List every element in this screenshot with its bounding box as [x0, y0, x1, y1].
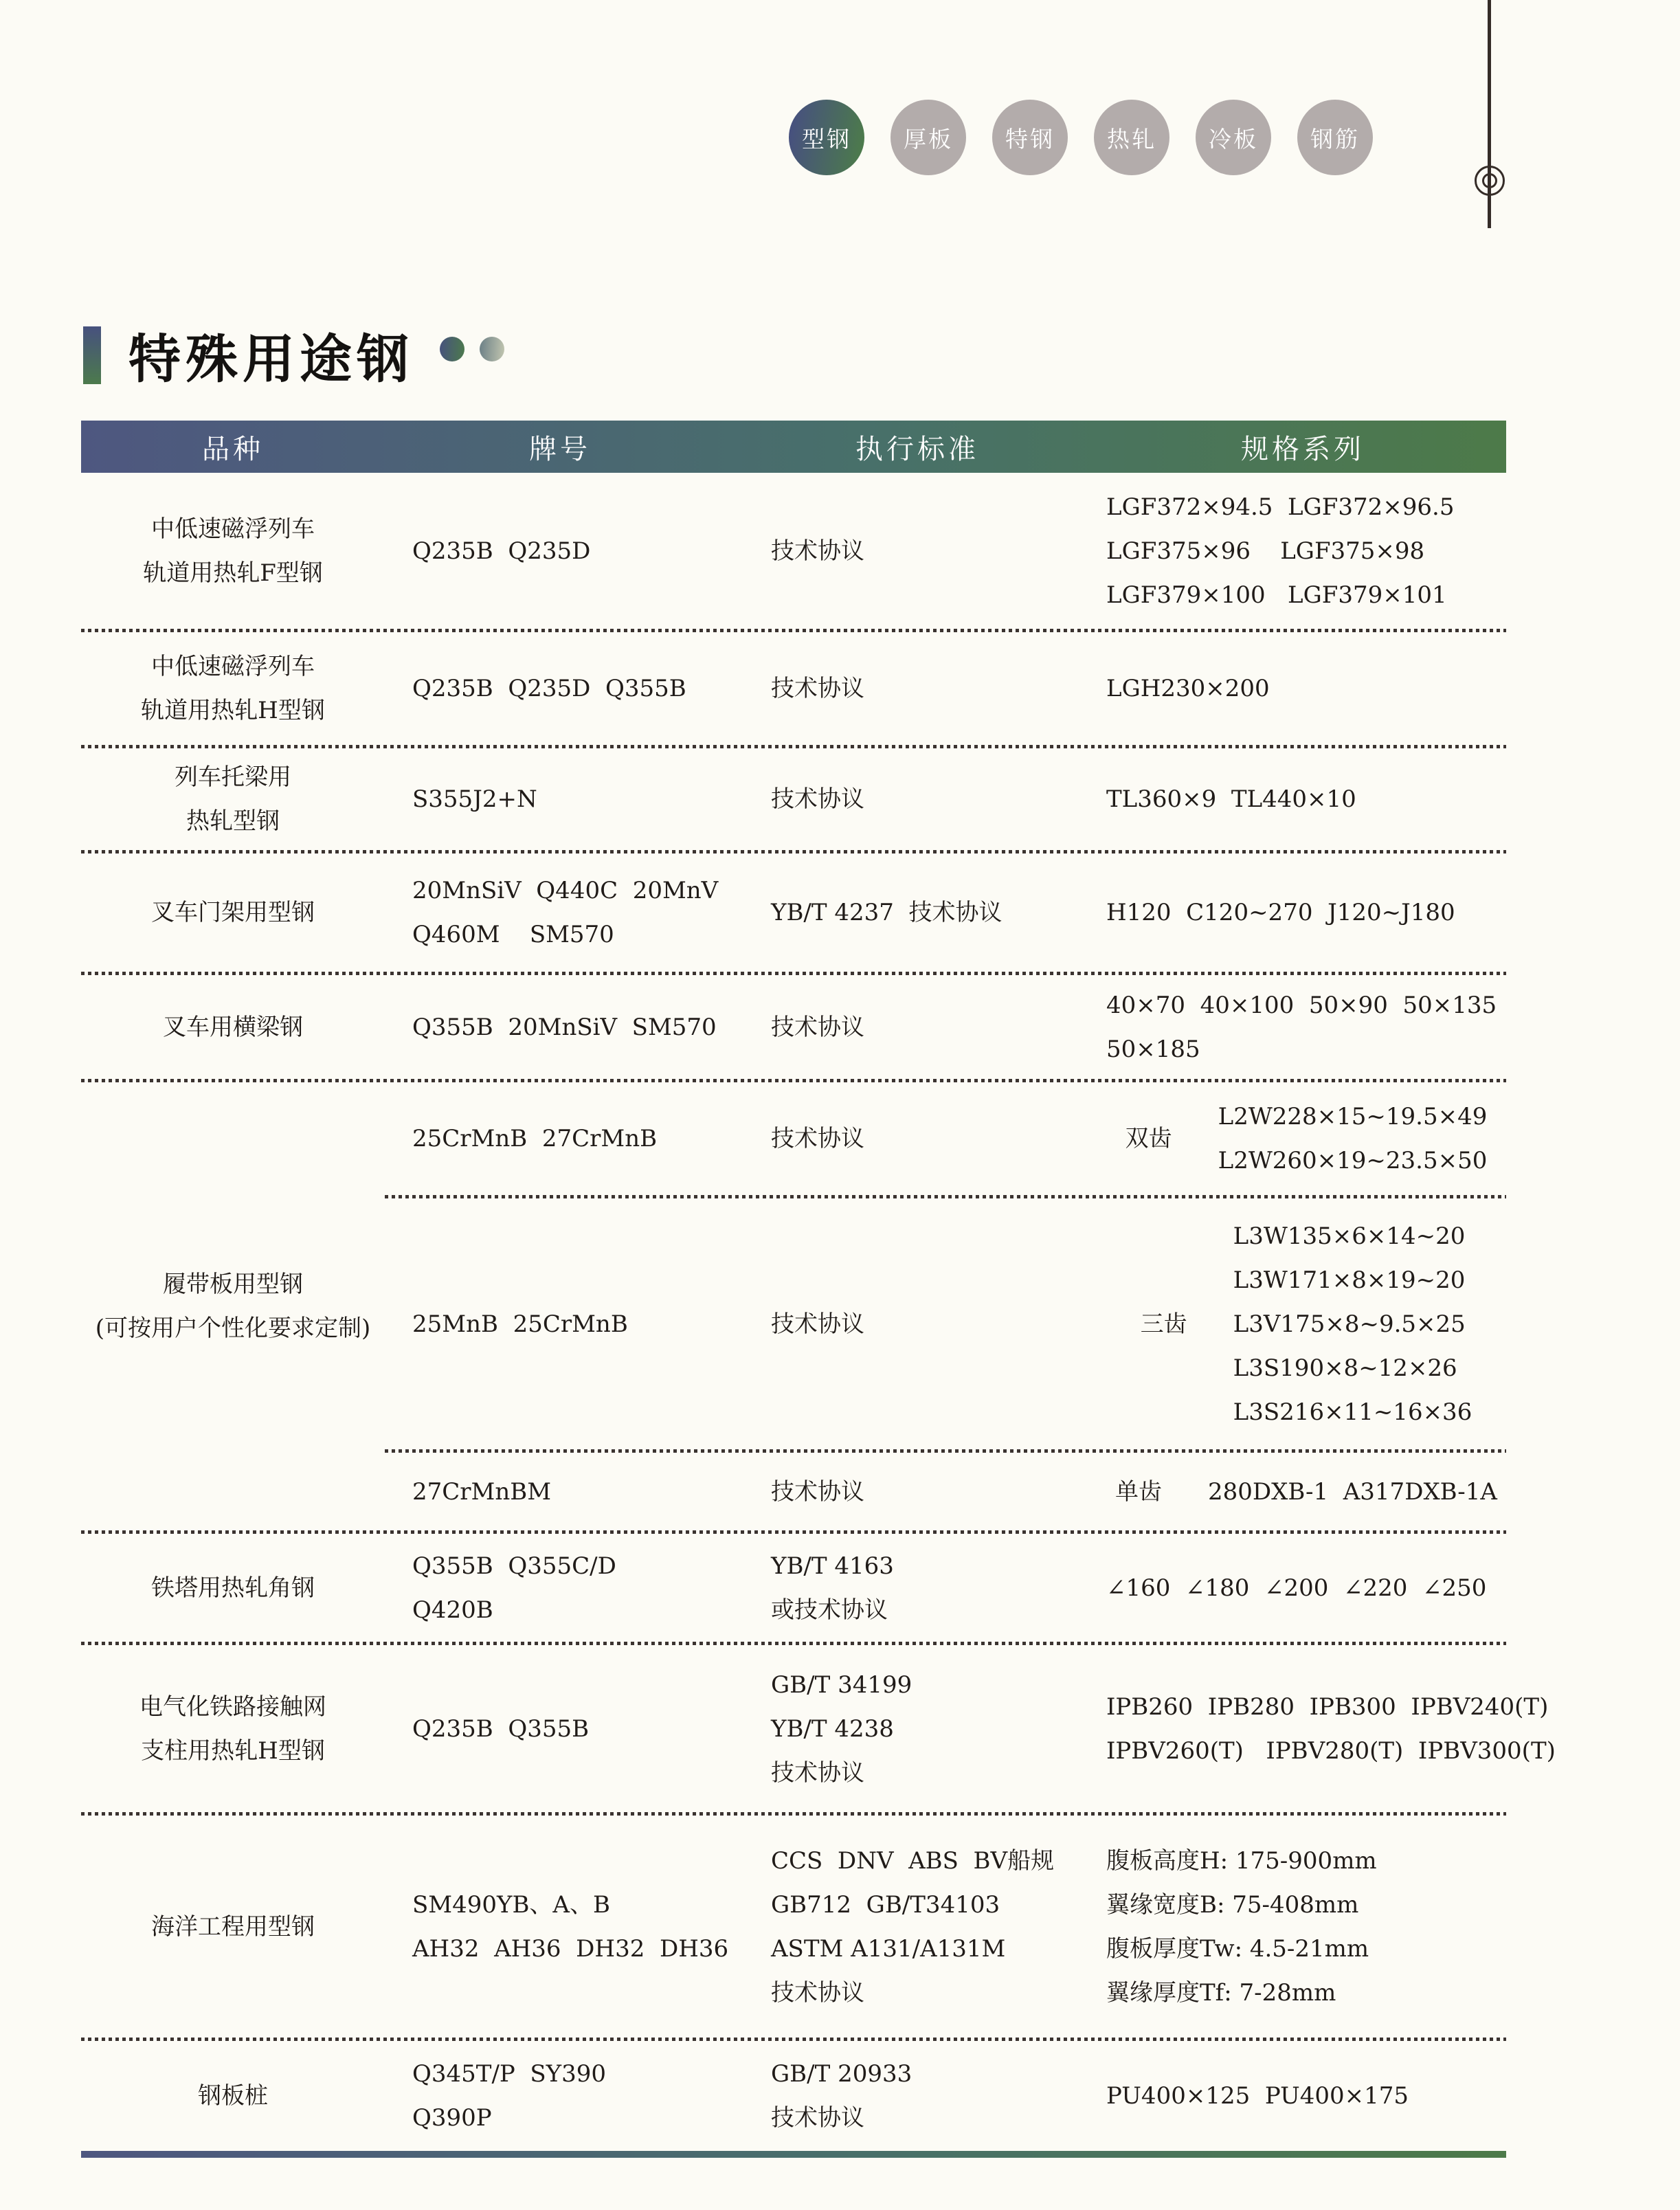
category-tabs: 型钢厚板特钢热轧冷板钢筋 [789, 100, 1373, 175]
spec-text: L3W171×8×19~20 [1233, 1258, 1472, 1302]
group-subrows: 25CrMnB 27CrMnB技术协议双齿L2W228×15~19.5×49L2… [385, 1082, 1506, 1530]
standard-cell: GB/T 20933技术协议 [735, 2041, 1099, 2151]
spec-text: 腹板高度H: 175-900mm [1106, 1839, 1506, 1883]
variety-text: 电气化铁路接触网 [139, 1685, 326, 1729]
spec-cell: IPB260 IPB280 IPB300 IPBV240(T)IPBV260(T… [1099, 1645, 1506, 1812]
title-dots [440, 337, 504, 361]
spec-text: LGF372×94.5 LGF372×96.5 [1106, 485, 1506, 529]
standard-text: 技术协议 [771, 1302, 1099, 1346]
table-row: 铁塔用热轧角钢Q355B Q355C/DQ420BYB/T 4163或技术协议∠… [81, 1534, 1506, 1642]
spec-table: 品种牌号执行标准规格系列中低速磁浮列车轨道用热轧F型钢Q235B Q235D技术… [81, 421, 1506, 2151]
variety-cell: 电气化铁路接触网支柱用热轧H型钢 [81, 1645, 385, 1812]
table-row: 列车托梁用热轧型钢S355J2+N技术协议TL360×9 TL440×10 [81, 748, 1506, 850]
standard-text: YB/T 4163 [771, 1544, 1099, 1588]
standard-text: 技术协议 [771, 1971, 1099, 2015]
standard-cell: YB/T 4163或技术协议 [735, 1534, 1099, 1642]
spec-text: TL360×9 TL440×10 [1106, 777, 1506, 821]
spec-lines: L2W228×15~19.5×49L2W260×19~23.5×50 [1218, 1095, 1488, 1183]
bottom-accent-bar [81, 2151, 1506, 2158]
standard-text: 技术协议 [771, 1751, 1099, 1795]
grade-text: Q235B Q235D [412, 529, 735, 573]
grade-cell: SM490YB、A、BAH32 AH36 DH32 DH36 [385, 1816, 735, 2038]
spec-lines: 280DXB-1 A317DXB-1A [1208, 1470, 1497, 1514]
spec-text: LGF375×96 LGF375×98 [1106, 529, 1506, 573]
standard-text: 技术协议 [771, 1005, 1099, 1049]
grade-text: Q235B Q355B [412, 1707, 735, 1751]
tooth-type-label: 单齿 [1115, 1470, 1208, 1514]
standard-cell: 技术协议 [735, 473, 1099, 629]
table-row: 电气化铁路接触网支柱用热轧H型钢Q235B Q355BGB/T 34199YB/… [81, 1645, 1506, 1812]
variety-cell: 列车托梁用热轧型钢 [81, 748, 385, 850]
standard-text: GB/T 34199 [771, 1663, 1099, 1707]
standard-text: 技术协议 [771, 1470, 1099, 1514]
spec-text: 280DXB-1 A317DXB-1A [1208, 1470, 1497, 1514]
variety-cell: 叉车门架用型钢 [81, 853, 385, 972]
tab-xinggang[interactable]: 型钢 [789, 100, 864, 175]
tab-tegang[interactable]: 特钢 [992, 100, 1068, 175]
spec-cell: 40×70 40×100 50×90 50×13550×185 [1099, 975, 1506, 1079]
standard-text: 技术协议 [771, 1117, 1099, 1161]
catalog-page: 型钢厚板特钢热轧冷板钢筋 特殊用途钢 品种牌号执行标准规格系列中低速磁浮列车轨道… [0, 0, 1680, 2210]
spec-text: L3S216×11~16×36 [1233, 1390, 1472, 1434]
title-dot-icon [480, 337, 504, 361]
variety-cell: 履带板用型钢(可按用户个性化要求定制) [81, 1082, 385, 1530]
column-header: 品种 [81, 427, 385, 467]
table-header-row: 品种牌号执行标准规格系列 [81, 421, 1506, 473]
variety-text: 支柱用热轧H型钢 [141, 1729, 325, 1773]
spec-text: L2W260×19~23.5×50 [1218, 1139, 1488, 1183]
variety-cell: 叉车用横梁钢 [81, 975, 385, 1079]
grade-cell: 20MnSiV Q440C 20MnVQ460M SM570 [385, 853, 735, 972]
variety-text: 钢板桩 [198, 2074, 268, 2118]
grade-cell: 27CrMnBM [385, 1453, 735, 1530]
grade-text: 25MnB 25CrMnB [412, 1302, 735, 1346]
column-header: 牌号 [385, 427, 735, 467]
spec-cell: 三齿L3W135×6×14~20L3W171×8×19~20L3V175×8~9… [1099, 1198, 1506, 1449]
spec-text: 腹板厚度Tw: 4.5-21mm [1106, 1927, 1506, 1971]
spec-cell: TL360×9 TL440×10 [1099, 748, 1506, 850]
table-row: 中低速磁浮列车轨道用热轧F型钢Q235B Q235D技术协议LGF372×94.… [81, 473, 1506, 629]
spec-text: ∠160 ∠180 ∠200 ∠220 ∠250 [1106, 1566, 1506, 1610]
variety-cell: 中低速磁浮列车轨道用热轧H型钢 [81, 632, 385, 745]
standard-text: ASTM A131/A131M [771, 1927, 1099, 1971]
standard-cell: YB/T 4237 技术协议 [735, 853, 1099, 972]
standard-text: GB/T 20933 [771, 2052, 1099, 2096]
spec-cell: LGF372×94.5 LGF372×96.5LGF375×96 LGF375×… [1099, 473, 1506, 629]
grade-text: 20MnSiV Q440C 20MnV [412, 869, 735, 913]
standard-cell: CCS DNV ABS BV船规GB712 GB/T34103ASTM A131… [735, 1816, 1099, 2038]
variety-text: (可按用户个性化要求定制) [96, 1306, 371, 1350]
grade-cell: S355J2+N [385, 748, 735, 850]
standard-text: 技术协议 [771, 529, 1099, 573]
standard-text: YB/T 4237 技术协议 [771, 891, 1099, 935]
spec-cell: ∠160 ∠180 ∠200 ∠220 ∠250 [1099, 1534, 1506, 1642]
standard-text: 技术协议 [771, 2096, 1099, 2140]
tooth-type-label: 双齿 [1125, 1117, 1218, 1161]
grade-text: Q235B Q235D Q355B [412, 667, 735, 711]
spec-cell: LGH230×200 [1099, 632, 1506, 745]
standard-cell: 技术协议 [735, 632, 1099, 745]
grade-text: Q390P [412, 2096, 735, 2140]
column-header: 规格系列 [1099, 427, 1506, 467]
grade-cell: Q355B 20MnSiV SM570 [385, 975, 735, 1079]
tab-rezha[interactable]: 热轧 [1094, 100, 1169, 175]
page-title: 特殊用途钢 [128, 317, 414, 392]
variety-cell: 钢板桩 [81, 2041, 385, 2151]
standard-cell: GB/T 34199YB/T 4238技术协议 [735, 1645, 1099, 1812]
variety-text: 履带板用型钢 [163, 1262, 303, 1306]
table-row: 叉车门架用型钢20MnSiV Q440C 20MnVQ460M SM570YB/… [81, 853, 1506, 972]
grade-text: AH32 AH36 DH32 DH36 [412, 1927, 735, 1971]
grade-text: Q460M SM570 [412, 913, 735, 957]
variety-cell: 中低速磁浮列车轨道用热轧F型钢 [81, 473, 385, 629]
variety-text: 铁塔用热轧角钢 [151, 1566, 315, 1610]
grade-text: S355J2+N [412, 777, 735, 821]
standard-text: 技术协议 [771, 777, 1099, 821]
table-row: 海洋工程用型钢SM490YB、A、BAH32 AH36 DH32 DH36CCS… [81, 1816, 1506, 2038]
grade-text: Q345T/P SY390 [412, 2052, 735, 2096]
table-row: 中低速磁浮列车轨道用热轧H型钢Q235B Q235D Q355B技术协议LGH2… [81, 632, 1506, 745]
standard-text: 或技术协议 [771, 1588, 1099, 1632]
column-header: 执行标准 [735, 427, 1099, 467]
spec-lines: L3W135×6×14~20L3W171×8×19~20L3V175×8~9.5… [1233, 1214, 1472, 1434]
grade-text: Q420B [412, 1588, 735, 1632]
spec-text: H120 C120~270 J120~J180 [1106, 891, 1506, 935]
spec-text: L3W135×6×14~20 [1233, 1214, 1472, 1258]
spec-text: IPB260 IPB280 IPB300 IPBV240(T) [1106, 1685, 1506, 1729]
standard-cell: 技术协议 [735, 748, 1099, 850]
spec-text: LGF379×100 LGF379×101 [1106, 573, 1506, 617]
spec-cell: 双齿L2W228×15~19.5×49L2W260×19~23.5×50 [1099, 1082, 1506, 1195]
spec-text: 50×185 [1106, 1027, 1506, 1071]
spec-text: 翼缘厚度Tf: 7-28mm [1106, 1971, 1506, 2015]
spec-text: L3V175×8~9.5×25 [1233, 1302, 1472, 1346]
tab-houban[interactable]: 厚板 [891, 100, 966, 175]
variety-text: 海洋工程用型钢 [151, 1905, 315, 1949]
standard-cell: 技术协议 [735, 1082, 1099, 1195]
standard-text: CCS DNV ABS BV船规 [771, 1839, 1099, 1883]
spec-text: IPBV260(T) IPBV280(T) IPBV300(T) [1106, 1729, 1506, 1773]
spec-cell: 腹板高度H: 175-900mm翼缘宽度B: 75-408mm腹板厚度Tw: 4… [1099, 1816, 1506, 2038]
variety-text: 轨道用热轧H型钢 [141, 689, 325, 733]
variety-text: 中低速磁浮列车 [151, 507, 315, 551]
table-row: 钢板桩Q345T/P SY390Q390PGB/T 20933技术协议PU400… [81, 2041, 1506, 2151]
grade-text: Q355B 20MnSiV SM570 [412, 1005, 735, 1049]
grade-cell: Q355B Q355C/DQ420B [385, 1534, 735, 1642]
tab-gangjin[interactable]: 钢筋 [1297, 100, 1373, 175]
standard-cell: 技术协议 [735, 1453, 1099, 1530]
tooth-type-label: 三齿 [1141, 1302, 1233, 1346]
variety-cell: 铁塔用热轧角钢 [81, 1534, 385, 1642]
variety-text: 中低速磁浮列车 [151, 645, 315, 689]
tab-lengban[interactable]: 冷板 [1196, 100, 1271, 175]
spec-text: 40×70 40×100 50×90 50×135 [1106, 983, 1506, 1027]
grade-cell: Q235B Q355B [385, 1645, 735, 1812]
table-subrow: 25MnB 25CrMnB技术协议三齿L3W135×6×14~20L3W171×… [385, 1198, 1506, 1449]
section-title-row: 特殊用途钢 [83, 317, 504, 392]
grade-text: Q355B Q355C/D [412, 1544, 735, 1588]
spec-text: LGH230×200 [1106, 667, 1506, 711]
spec-text: L2W228×15~19.5×49 [1218, 1095, 1488, 1139]
grade-text: SM490YB、A、B [412, 1883, 735, 1927]
standard-text: GB712 GB/T34103 [771, 1883, 1099, 1927]
grade-cell: 25MnB 25CrMnB [385, 1198, 735, 1449]
variety-text: 叉车门架用型钢 [151, 891, 315, 935]
spec-cell: H120 C120~270 J120~J180 [1099, 853, 1506, 972]
spec-cell: 单齿280DXB-1 A317DXB-1A [1099, 1453, 1506, 1530]
grade-text: 25CrMnB 27CrMnB [412, 1117, 735, 1161]
spec-text: PU400×125 PU400×175 [1106, 2074, 1506, 2118]
table-subrow: 27CrMnBM技术协议单齿280DXB-1 A317DXB-1A [385, 1453, 1506, 1530]
grade-cell: Q235B Q235D Q355B [385, 632, 735, 745]
binding-rings-icon [1482, 173, 1497, 188]
table-subrow: 25CrMnB 27CrMnB技术协议双齿L2W228×15~19.5×49L2… [385, 1082, 1506, 1195]
spec-text: 翼缘宽度B: 75-408mm [1106, 1883, 1506, 1927]
standard-text: YB/T 4238 [771, 1707, 1099, 1751]
table-row-group: 履带板用型钢(可按用户个性化要求定制)25CrMnB 27CrMnB技术协议双齿… [81, 1082, 1506, 1530]
spec-text: L3S190×8~12×26 [1233, 1346, 1472, 1390]
variety-text: 列车托梁用 [175, 755, 291, 799]
grade-cell: 25CrMnB 27CrMnB [385, 1082, 735, 1195]
standard-cell: 技术协议 [735, 1198, 1099, 1449]
variety-cell: 海洋工程用型钢 [81, 1816, 385, 2038]
spec-cell: PU400×125 PU400×175 [1099, 2041, 1506, 2151]
title-accent-bar [83, 326, 101, 384]
standard-cell: 技术协议 [735, 975, 1099, 1079]
variety-text: 叉车用横梁钢 [163, 1005, 303, 1049]
variety-text: 轨道用热轧F型钢 [143, 551, 323, 595]
table-row: 叉车用横梁钢Q355B 20MnSiV SM570技术协议40×70 40×10… [81, 975, 1506, 1079]
standard-text: 技术协议 [771, 667, 1099, 711]
title-dot-icon [440, 337, 464, 361]
grade-cell: Q235B Q235D [385, 473, 735, 629]
variety-text: 热轧型钢 [186, 799, 280, 843]
grade-cell: Q345T/P SY390Q390P [385, 2041, 735, 2151]
grade-text: 27CrMnBM [412, 1470, 735, 1514]
